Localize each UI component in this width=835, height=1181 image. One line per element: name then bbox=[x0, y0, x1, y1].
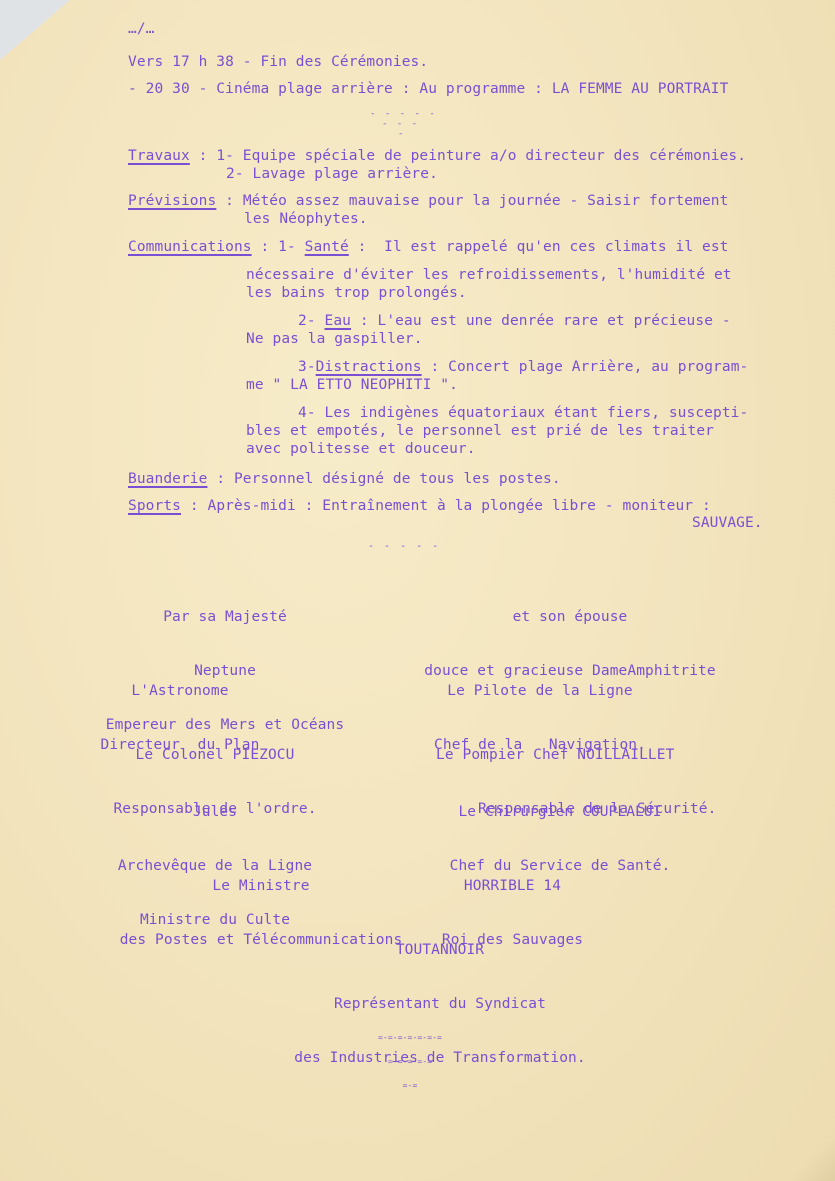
buanderie-label: Buanderie bbox=[128, 471, 207, 487]
end-ornament: =-=-=-=-=-=-= =-=-=-=-= =-= bbox=[330, 1018, 490, 1098]
separator-top-3: - bbox=[398, 130, 405, 139]
item4-line-3: avec politesse et douceur. bbox=[246, 440, 476, 458]
travaux-item-2: 2- Lavage plage arrière. bbox=[226, 165, 438, 183]
eau-line-2: Ne pas la gaspiller. bbox=[246, 330, 423, 348]
travaux-item-1: 1- Equipe spéciale de peinture a/o direc… bbox=[216, 148, 746, 164]
sports-line-2: SAUVAGE. bbox=[692, 514, 763, 532]
previsions-line-1: Météo assez mauvaise pour la journée - S… bbox=[243, 193, 729, 209]
sante-line-3: les bains trop prolongés. bbox=[246, 284, 467, 302]
sante-label: Santé bbox=[305, 239, 349, 255]
schedule-line-2: - 20 30 - Cinéma plage arrière : Au prog… bbox=[128, 80, 728, 98]
sante-line-2: nécessaire d'éviter les refroidissements… bbox=[246, 266, 732, 284]
sports-label: Sports bbox=[128, 498, 181, 514]
item4-line-2: bles et empotés, le personnel est prié d… bbox=[246, 422, 714, 440]
previsions-label: Prévisions bbox=[128, 193, 216, 209]
distractions-label: Distractions bbox=[316, 359, 422, 375]
eau-label: Eau bbox=[325, 313, 352, 329]
section-communications: Communications : 1- Santé : Il est rappe… bbox=[128, 238, 728, 256]
item4-line-1: 4- Les indigènes équatoriaux étant fiers… bbox=[298, 404, 748, 422]
distractions-line-1: 3-Distractions : Concert plage Arrière, … bbox=[298, 358, 748, 376]
distractions-line-2: me " LA ETTO NEOPHITI ". bbox=[246, 376, 458, 394]
schedule-line-1: Vers 17 h 38 - Fin des Cérémonies. bbox=[128, 53, 428, 71]
separator-top-2: - - - bbox=[382, 120, 419, 129]
section-previsions: Prévisions : Météo assez mauvaise pour l… bbox=[128, 192, 728, 210]
section-sports: Sports : Après-midi : Entraînement à la … bbox=[128, 497, 711, 515]
page-continuation-marker: …/… bbox=[128, 20, 155, 38]
eau-line-1: 2- Eau : L'eau est une denrée rare et pr… bbox=[298, 312, 731, 330]
travaux-label: Travaux bbox=[128, 148, 190, 164]
sante-line-1: Il est rappelé qu'en ces climats il est bbox=[384, 239, 728, 255]
communications-label: Communications bbox=[128, 239, 252, 255]
previsions-line-2: les Néophytes. bbox=[244, 210, 368, 228]
section-travaux: Travaux : 1- Equipe spéciale de peinture… bbox=[128, 147, 746, 165]
section-buanderie: Buanderie : Personnel désigné de tous le… bbox=[128, 470, 561, 488]
separator-top-1: - - - - - bbox=[370, 110, 437, 119]
separator-middle: - - - - - bbox=[368, 538, 440, 556]
